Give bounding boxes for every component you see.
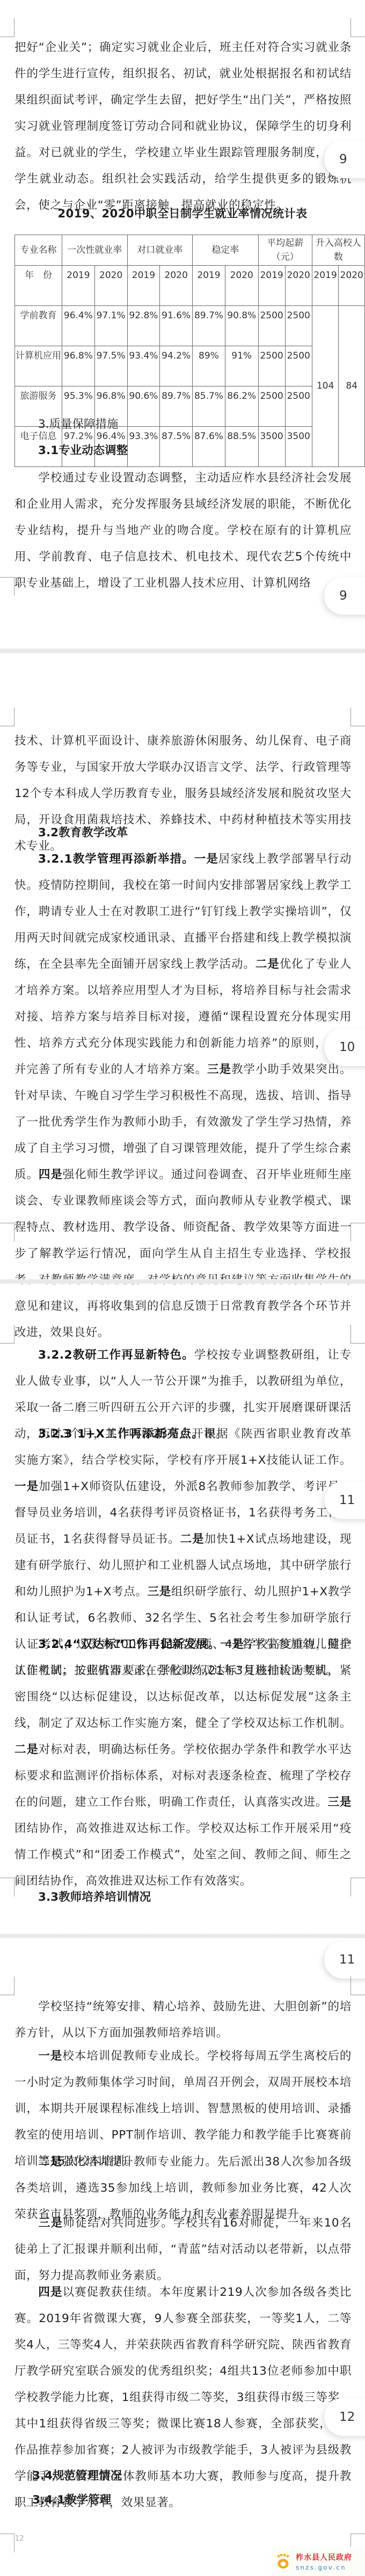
header-first-rate: 一次性就业率 <box>62 235 128 266</box>
cell-value: 92.8% <box>127 306 160 346</box>
page-number-indicator[interactable]: 11 <box>324 1941 365 1979</box>
section-heading: 3.4.1教学管理 <box>32 2487 111 2513</box>
page-corner-mark <box>0 1223 14 1242</box>
cell-college-2019: 104 <box>312 306 339 467</box>
cell-major: 学前教育 <box>15 306 62 346</box>
footprint-logo-icon <box>275 2553 291 2570</box>
header-college-count: 升入高校人数 <box>312 235 364 266</box>
page-corner-mark <box>0 1325 14 1344</box>
cell-value: 94.2% <box>160 346 193 386</box>
year-cell: 2020 <box>339 266 365 306</box>
header-match-rate: 对口就业率 <box>127 235 193 266</box>
header-avg-salary: 平均起薪（元） <box>258 235 312 266</box>
cell-value: 93.4% <box>127 346 160 386</box>
cell-value: 89.7% <box>160 386 193 427</box>
cell-college-2020: 84 <box>339 306 365 467</box>
section-heading: 3.1专业动态调整 <box>38 437 128 464</box>
cell-value: 90.6% <box>127 386 160 427</box>
year-cell: 2019 <box>193 266 225 306</box>
page-corner-mark <box>351 1223 365 1242</box>
page-corner-mark <box>351 1976 365 1995</box>
page-corner-mark <box>351 1325 365 1344</box>
cell-value: 89.7% <box>193 306 225 346</box>
paragraph-employment-process: 把好“企业关”；确定实习就业企业后，班主任对符合实习就业条件的学生进行宣传，组织… <box>14 34 352 218</box>
section-heading: 3.4规范管理情况 <box>32 2463 122 2489</box>
table-header-row: 专业名称 一次性就业率 对口就业率 稳定率 平均起薪（元） 升入高校人数 <box>15 235 365 266</box>
cell-value: 97.5% <box>94 346 127 386</box>
page-corner-mark <box>351 1878 365 1896</box>
cell-value: 2500 <box>285 346 312 386</box>
page-number-indicator[interactable]: 9 <box>324 577 365 615</box>
gov-watermark: 柞水县人民政府 snzs.gov.cn <box>271 2547 365 2576</box>
page-number-indicator[interactable]: 9 <box>324 141 365 178</box>
cell-value: 91.6% <box>160 306 193 346</box>
page-number-indicator[interactable]: 11 <box>324 1482 365 1519</box>
year-cell: 2020 <box>225 266 258 306</box>
page-corner-mark <box>351 707 365 726</box>
cell-value: 87.6% <box>193 427 225 467</box>
cell-value: 86.2% <box>225 386 258 427</box>
year-cell: 2020 <box>94 266 127 306</box>
year-cell: 2019 <box>312 266 339 306</box>
cell-value: 2500 <box>258 386 285 427</box>
watermark-name: 柞水县人民政府 <box>296 2552 352 2563</box>
header-stable-rate: 稳定率 <box>193 235 259 266</box>
page-corner-mark <box>0 18 14 37</box>
cell-major: 计算机应用 <box>15 346 62 386</box>
page-corner-mark <box>0 2534 14 2552</box>
page-footer-number: 9 <box>15 578 19 586</box>
table-row: 学前教育 96.4% 97.1% 92.8% 91.6% 89.7% 90.8%… <box>15 306 365 346</box>
table-title: 2019、2020中职全日制学生就业率情况统计表 <box>0 205 365 221</box>
paragraph-teaching-management: 3.2.1教学管理再添新举措。一是居家线上教学部署早行动快。疫情防控期间，我校在… <box>14 846 352 1346</box>
table-year-row: 年 份 2019 2020 2019 2020 2019 2020 2019 2… <box>15 266 365 306</box>
page-footer-number: 10 <box>15 1224 24 1232</box>
header-major: 专业名称 <box>15 235 62 266</box>
page-corner-mark <box>0 1976 14 1995</box>
watermark-url: snzs.gov.cn <box>296 2564 352 2571</box>
paragraph-teacher-training-intro: 学校坚持“统筹安排、精心培养、鼓励先进、大胆创新”的培养方针，从以下方面加强教师… <box>14 1994 352 2046</box>
cell-value: 3500 <box>258 427 285 467</box>
cell-value: 85.7% <box>193 386 225 427</box>
cell-value: 2500 <box>258 346 285 386</box>
header-year-label: 年 份 <box>15 266 62 306</box>
page-break-divider <box>0 1933 365 1938</box>
page-footer-number: 11 <box>15 1879 24 1887</box>
paragraph-dual-standard: 3.2.4“双达标”工作再促新发展。一是学校高度重视，健全工作机制。按照省市要求… <box>14 1631 352 1894</box>
year-cell: 2019 <box>62 266 95 306</box>
cell-value: 2500 <box>258 306 285 346</box>
year-cell: 2020 <box>285 266 312 306</box>
cell-value: 93.3% <box>127 427 160 467</box>
page-corner-mark <box>351 18 365 37</box>
page-corner-mark <box>0 1878 14 1896</box>
page-number-indicator[interactable]: 10 <box>324 1028 365 1066</box>
section-heading: 3.2教育教学改革 <box>38 820 128 846</box>
cell-value: 90.8% <box>225 306 258 346</box>
cell-value: 89% <box>193 346 225 386</box>
page-break-divider <box>0 648 365 653</box>
cell-value: 96.8% <box>62 346 95 386</box>
year-cell: 2019 <box>258 266 285 306</box>
year-cell: 2019 <box>127 266 160 306</box>
cell-value: 97.1% <box>94 306 127 346</box>
year-cell: 2020 <box>160 266 193 306</box>
paragraph-major-adjustment: 学校通过专业设置动态调整，主动适应柞水县经济社会发展和企业用人需求，充分发挥服务… <box>14 465 352 596</box>
cell-value: 88.5% <box>225 427 258 467</box>
cell-value: 2500 <box>285 386 312 427</box>
page-corner-mark <box>0 707 14 726</box>
section-heading: 3.3教师培养培训情况 <box>38 1884 151 1910</box>
cell-value: 2500 <box>285 306 312 346</box>
cell-value: 3500 <box>285 427 312 467</box>
cell-value: 91% <box>225 346 258 386</box>
paragraph-mentorship: 三是师徒结对共同进步。学校共有16对师徒，一年来10名徒弟上了汇报课并顺利出师，… <box>14 2210 352 2289</box>
page-number-indicator[interactable]: 12 <box>324 2398 365 2436</box>
section-heading: 3.质量保障措施 <box>38 411 119 437</box>
cell-value: 87.5% <box>160 427 193 467</box>
page-break-divider <box>0 1279 365 1284</box>
cell-value: 96.4% <box>62 306 95 346</box>
page-footer-number: 12 <box>15 2535 24 2543</box>
page-corner-mark <box>0 577 14 596</box>
